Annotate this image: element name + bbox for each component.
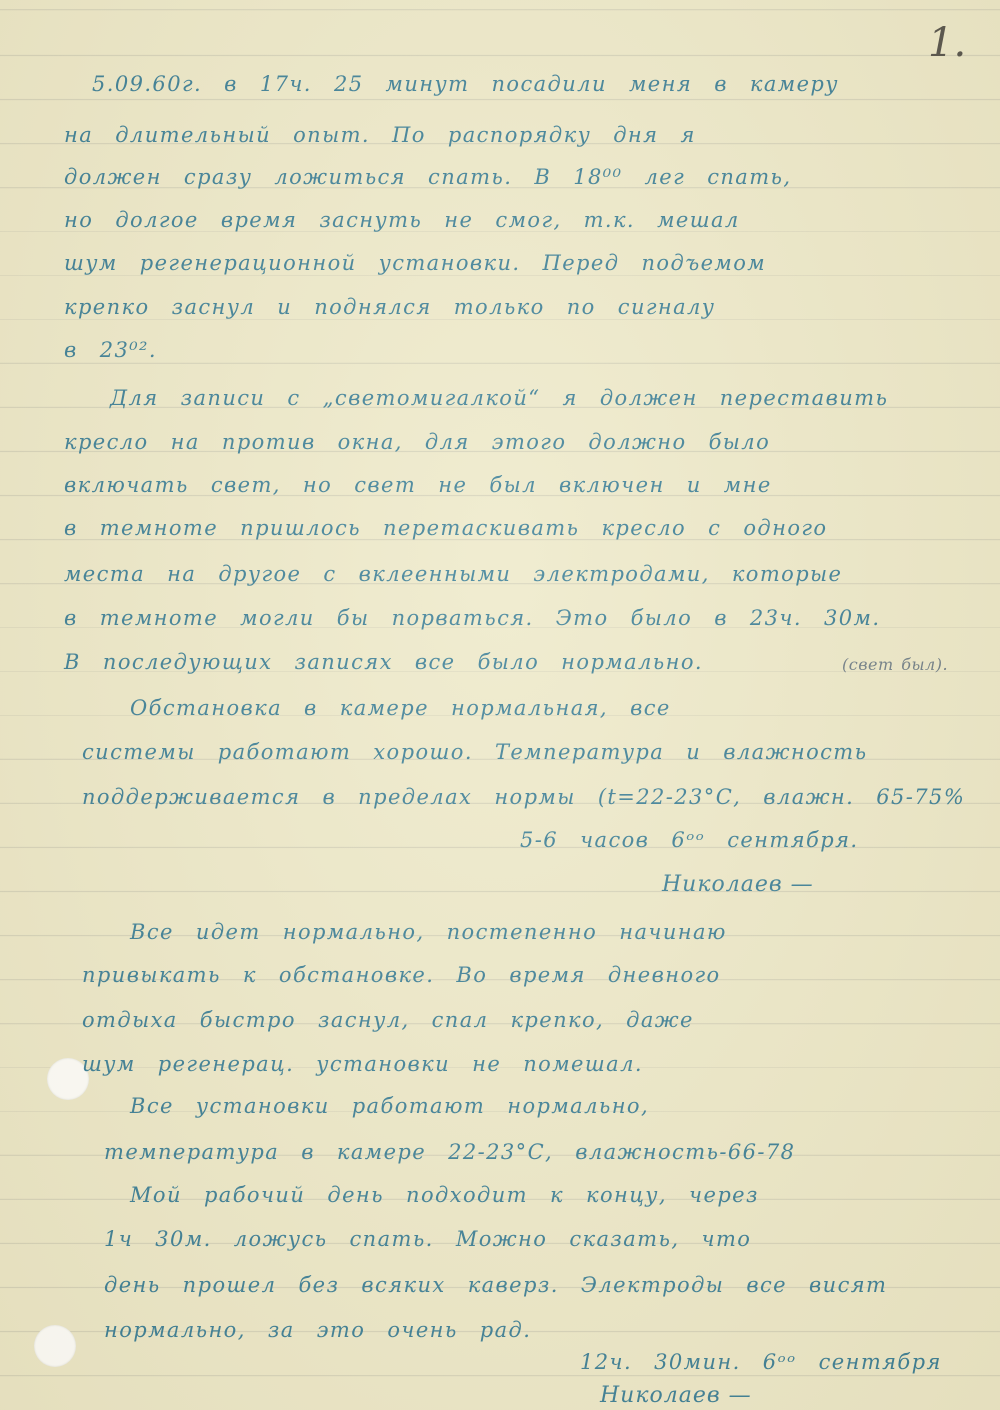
text-line: но долгое время заснуть не смог, т.к. ме… (64, 208, 740, 232)
notebook-page: 1. 5.09.60г. в 17ч. 25 минут посадили ме… (0, 0, 1000, 1410)
text-line: температура в камере 22-23°С, влажность-… (104, 1140, 795, 1164)
text-line: в темноте могли бы порваться. Это было в… (64, 606, 880, 630)
dateline: 12ч. 30мин. 6ᵒᵒ сентября (580, 1350, 942, 1374)
text-line: Все установки работают нормально, (130, 1094, 649, 1118)
signature: Николаев — (662, 872, 814, 897)
text-line: места на другое с вклеенными электродами… (64, 562, 842, 586)
dateline: 5-6 часов 6ᵒᵒ сентября. (520, 828, 858, 852)
text-line: шум регенерац. установки не помешал. (82, 1052, 643, 1076)
text-line: в темноте пришлось перетаскивать кресло … (64, 516, 827, 540)
text-line: Обстановка в камере нормальная, все (130, 696, 671, 720)
text-line: В последующих записях все было нормально… (64, 650, 703, 674)
text-line: Мой рабочий день подходит к концу, через (130, 1183, 759, 1207)
text-line: шум регенерационной установки. Перед под… (64, 251, 766, 275)
text-line: Все идет нормально, постепенно начинаю (130, 920, 727, 944)
text-line: кресло на против окна, для этого должно … (64, 430, 770, 454)
page-number: 1. (928, 20, 966, 66)
punch-hole (34, 1325, 76, 1367)
signature: Николаев — (600, 1383, 752, 1408)
text-line: день прошел без всяких каверз. Электроды… (104, 1273, 887, 1297)
text-line: системы работают хорошо. Температура и в… (82, 740, 867, 764)
text-line: в 23⁰². (64, 338, 157, 362)
text-line: нормально, за это очень рад. (104, 1318, 531, 1342)
text-line: отдыха быстро заснул, спал крепко, даже (82, 1008, 694, 1032)
text-line: Для записи с „светомигалкой“ я должен пе… (110, 386, 888, 410)
text-line: 1ч 30м. ложусь спать. Можно сказать, что (104, 1227, 751, 1251)
text-line: крепко заснул и поднялся только по сигна… (64, 295, 715, 319)
text-line: включать свет, но свет не был включен и … (64, 473, 772, 497)
text-line: поддерживается в пределах нормы (t=22-23… (82, 785, 965, 809)
text-line: привыкать к обстановке. Во время дневног… (82, 963, 721, 987)
text-line: должен сразу ложиться спать. В 18⁰⁰ лег … (64, 165, 791, 189)
text-line: на длительный опыт. По распорядку дня я (64, 123, 696, 147)
text-line: 5.09.60г. в 17ч. 25 минут посадили меня … (92, 72, 839, 96)
margin-note: (свет был). (842, 655, 948, 674)
